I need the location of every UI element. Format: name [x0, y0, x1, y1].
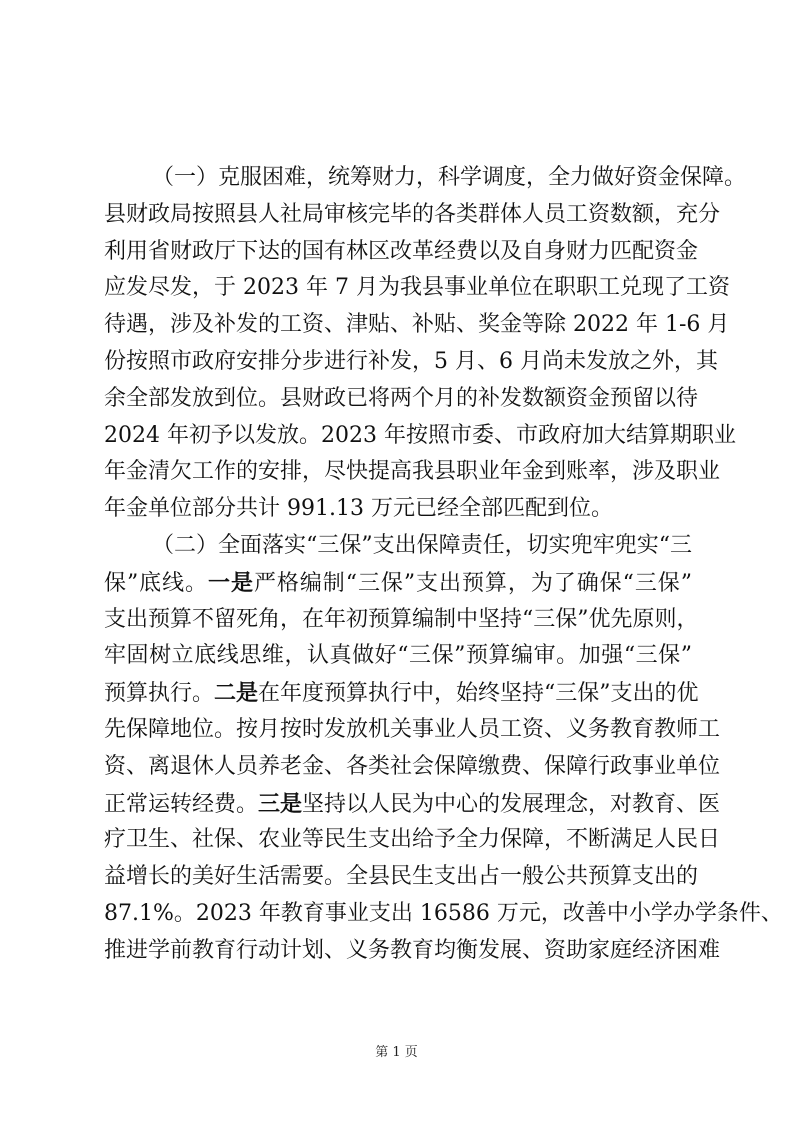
paragraph-line: 年金单位部分共计 991.13 万元已经全部匹配到位。 [104, 491, 692, 528]
line-text: 坚持以人民为中心的发展理念，对教育、医 [302, 792, 720, 817]
paragraph-line: 利用省财政厅下达的国有林区改革经费以及自身财力匹配资金 [104, 234, 692, 271]
paragraph-line: 87.1%。2023 年教育事业支出 16586 万元，改善中小学办学条件、 [104, 896, 692, 933]
page-number: 第 1 页 [0, 1041, 793, 1060]
paragraph-line: 预算执行。二是在年度预算执行中，始终坚持“三保”支出的优 [104, 675, 692, 712]
paragraph-line: 先保障地位。按月按时发放机关事业人员工资、义务教育教师工 [104, 712, 692, 749]
emphasis-third: 三是 [258, 791, 302, 817]
section-heading-1: （一）克服困难，统筹财力，科学调度，全力做好资金保障。 [104, 160, 692, 197]
paragraph-line: 年金清欠工作的安排，尽快提高我县职业年金到账率，涉及职业 [104, 454, 692, 491]
paragraph-line: 支出预算不留死角，在年初预算编制中坚持“三保”优先原则， [104, 602, 692, 639]
emphasis-second: 二是 [214, 680, 258, 706]
line-text: 严格编制“三保”支出预算，为了确保“三保” [254, 571, 692, 596]
paragraph-line: 益增长的美好生活需要。全县民生支出占一般公共预算支出的 [104, 859, 692, 896]
paragraph-line: 资、离退休人员养老金、各类社会保障缴费、保障行政事业单位 [104, 749, 692, 786]
document-body: （一）克服困难，统筹财力，科学调度，全力做好资金保障。 县财政局按照县人社局审核… [104, 160, 692, 970]
section-heading-2: （二）全面落实“三保”支出保障责任，切实兜牢兜实“三 [104, 528, 692, 565]
line-text: 在年度预算执行中，始终坚持“三保”支出的优 [258, 681, 699, 706]
paragraph-line: 份按照市政府安排分步进行补发，5 月、6 月尚未发放之外，其 [104, 344, 692, 381]
paragraph-line: 2024 年初予以发放。2023 年按照市委、市政府加大结算期职业 [104, 418, 692, 455]
paragraph-line: 待遇，涉及补发的工资、津贴、补贴、奖金等除 2022 年 1-6 月 [104, 307, 692, 344]
paragraph-line: 疗卫生、社保、农业等民生支出给予全力保障，不断满足人民日 [104, 822, 692, 859]
line-text: 保”底线。 [104, 571, 208, 596]
emphasis-first: 一是 [208, 570, 254, 596]
line-text: 预算执行。 [104, 681, 214, 706]
paragraph-line: 牢固树立底线思维，认真做好“三保”预算编审。加强“三保” [104, 638, 692, 675]
paragraph-line: 推进学前教育行动计划、义务教育均衡发展、资助家庭经济困难 [104, 933, 692, 970]
paragraph-line: 保”底线。一是严格编制“三保”支出预算，为了确保“三保” [104, 565, 692, 602]
paragraph-line: 正常运转经费。三是坚持以人民为中心的发展理念，对教育、医 [104, 786, 692, 823]
line-text: 正常运转经费。 [104, 792, 258, 817]
paragraph-line: 余全部发放到位。县财政已将两个月的补发数额资金预留以待 [104, 381, 692, 418]
paragraph-line: 县财政局按照县人社局审核完毕的各类群体人员工资数额，充分 [104, 197, 692, 234]
paragraph-line: 应发尽发，于 2023 年 7 月为我县事业单位在职职工兑现了工资 [104, 270, 692, 307]
